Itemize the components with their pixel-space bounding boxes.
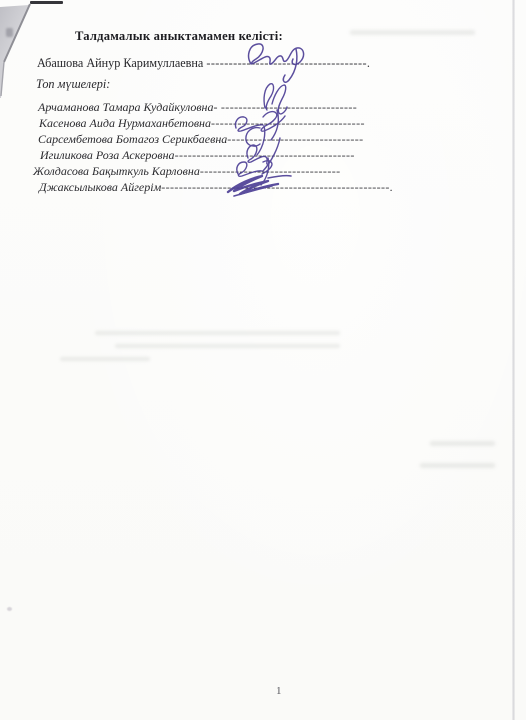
group-members-label: Топ мүшелері: xyxy=(36,77,110,92)
member-name: Сарсембетова Ботагоз Серикбаевна xyxy=(38,132,227,146)
approver-line: Абашова Айнур Каримуллаевна ------------… xyxy=(37,56,370,71)
bleed-through-artifact xyxy=(430,441,495,446)
dash-line: ----------------------------------------… xyxy=(175,148,355,162)
dash-line: ------------------------------- xyxy=(227,132,363,146)
dash-line: ----------------------------------------… xyxy=(161,180,393,194)
member-name: Джаксылыкова Айгерім xyxy=(39,180,161,194)
member-line: Джаксылыкова Айгерім--------------------… xyxy=(39,180,393,195)
bleed-through-artifact xyxy=(420,463,495,468)
member-name: Игиликова Роза Аскеровна xyxy=(40,148,175,162)
page-number: 1 xyxy=(276,685,282,697)
member-line: Арчаманова Тамара Кудайкуловна- --------… xyxy=(38,100,357,115)
bleed-through-artifact xyxy=(115,344,340,348)
member-line: Сарсембетова Ботагоз Серикбаевна--------… xyxy=(38,132,364,147)
dash-line: -------------------------------- xyxy=(200,164,341,178)
member-name: Касенова Аида Нурмаханбетовна xyxy=(39,116,211,130)
member-name: Арчаманова Тамара Кудайкуловна- xyxy=(38,100,218,114)
page-corner-fold xyxy=(0,0,40,110)
member-line: Игиликова Роза Аскеровна----------------… xyxy=(40,148,355,163)
bleed-through-artifact xyxy=(95,331,340,335)
bleed-through-artifact xyxy=(60,357,150,361)
dust-speck xyxy=(7,607,12,611)
document-title: Талдамалык аныктамамен келісті: xyxy=(75,29,283,44)
member-line: Жолдасова Бақыткуль Карловна------------… xyxy=(33,164,341,179)
dash-line: ------------------------------- xyxy=(218,100,358,114)
member-line: Касенова Аида Нурмаханбетовна-----------… xyxy=(39,116,365,131)
corner-smudge-artifact xyxy=(6,28,13,37)
dash-line: ----------------------------------- xyxy=(211,116,365,130)
page-right-edge xyxy=(512,0,515,720)
bleed-through-artifact xyxy=(350,30,475,35)
dash-line: ------------------------------------. xyxy=(206,56,370,70)
member-name: Жолдасова Бақыткуль Карловна xyxy=(33,164,200,178)
approver-name: Абашова Айнур Каримуллаевна xyxy=(37,56,206,70)
scanned-document-page: Талдамалык аныктамамен келісті: Абашова … xyxy=(0,0,526,720)
